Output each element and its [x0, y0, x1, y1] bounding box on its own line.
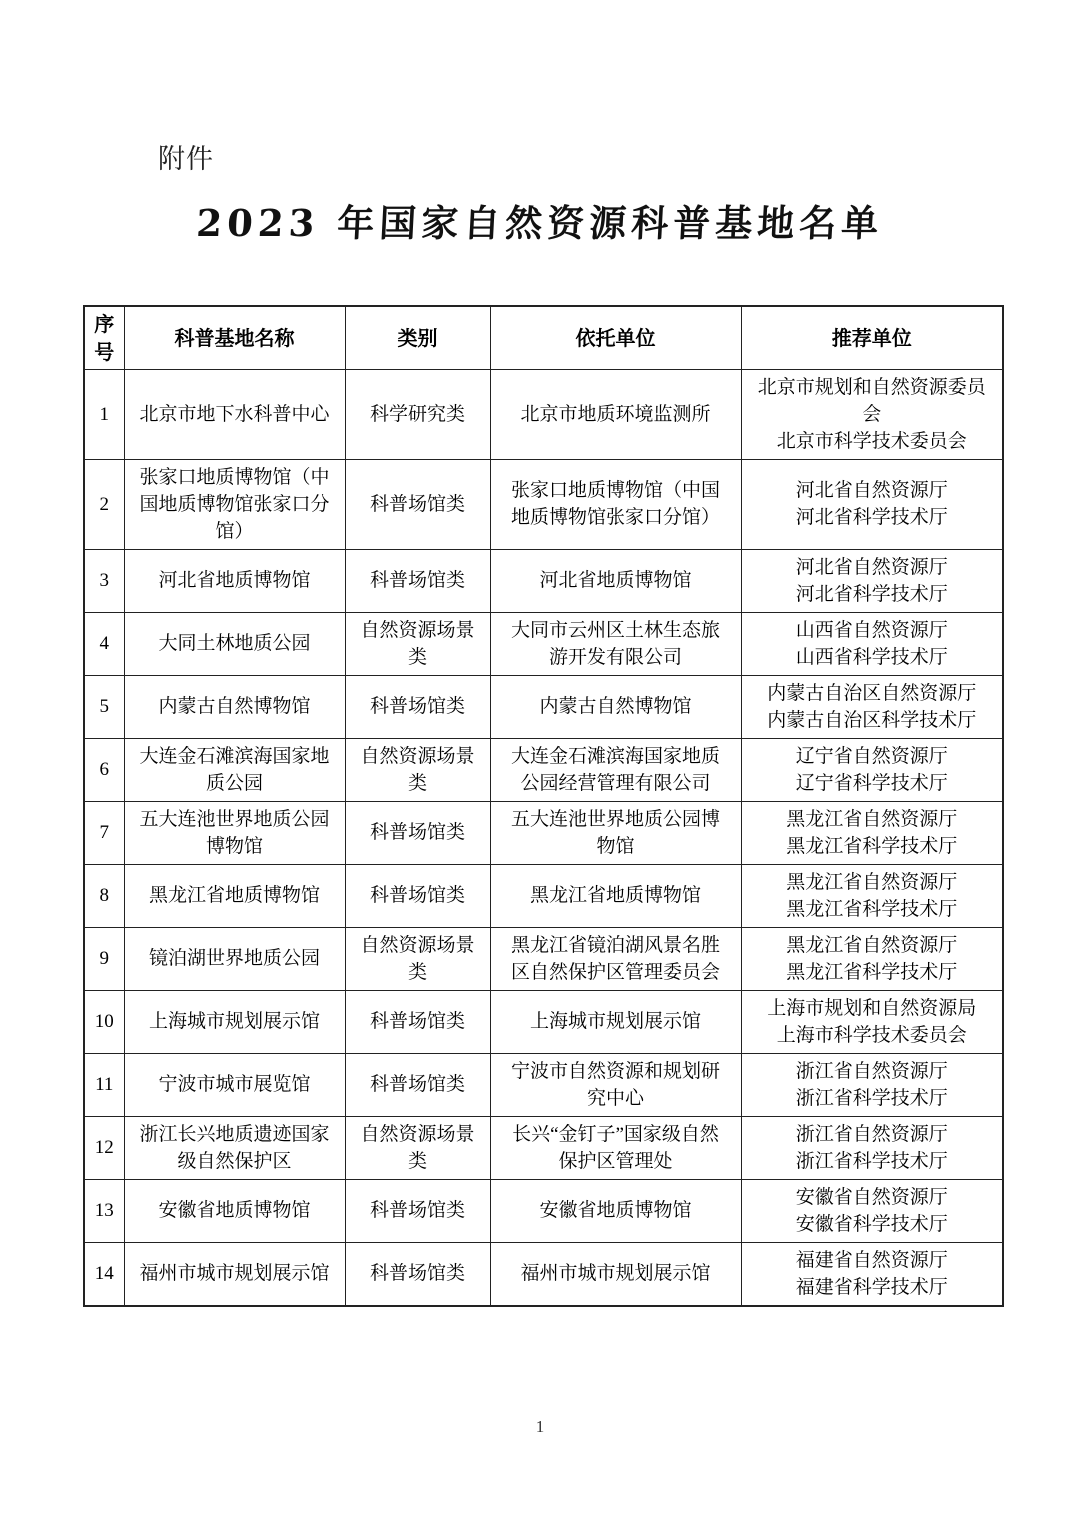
recommending-unit-line: 河北省自然资源厅 — [758, 554, 987, 581]
cell-serial-number: 7 — [84, 801, 124, 864]
cell-supporting-unit: 上海城市规划展示馆 — [490, 990, 741, 1053]
cell-serial-number: 2 — [84, 459, 124, 549]
cell-category: 科普场馆类 — [345, 1053, 490, 1116]
table-row: 12浙江长兴地质遗迹国家级自然保护区自然资源场景类长兴“金钉子”国家级自然保护区… — [84, 1116, 1003, 1179]
cell-serial-number: 4 — [84, 612, 124, 675]
cell-base-name: 张家口地质博物馆（中国地质博物馆张家口分馆） — [124, 459, 345, 549]
cell-base-name: 河北省地质博物馆 — [124, 549, 345, 612]
base-list-table: 序号 科普基地名称 类别 依托单位 推荐单位 1北京市地下水科普中心科学研究类北… — [83, 305, 1004, 1307]
table-row: 4大同土林地质公园自然资源场景类大同市云州区土林生态旅游开发有限公司山西省自然资… — [84, 612, 1003, 675]
header-supporting-unit: 依托单位 — [490, 306, 741, 369]
cell-category: 科普场馆类 — [345, 459, 490, 549]
recommending-unit-line: 浙江省自然资源厅 — [758, 1058, 987, 1085]
table-row: 10上海城市规划展示馆科普场馆类上海城市规划展示馆上海市规划和自然资源局上海市科… — [84, 990, 1003, 1053]
table-row: 2张家口地质博物馆（中国地质博物馆张家口分馆）科普场馆类张家口地质博物馆（中国地… — [84, 459, 1003, 549]
recommending-unit-line: 黑龙江省科学技术厅 — [758, 833, 987, 860]
cell-serial-number: 5 — [84, 675, 124, 738]
table-row: 6大连金石滩滨海国家地质公园自然资源场景类大连金石滩滨海国家地质公园经营管理有限… — [84, 738, 1003, 801]
cell-recommending-units: 福建省自然资源厅福建省科学技术厅 — [741, 1242, 1003, 1306]
cell-base-name: 内蒙古自然博物馆 — [124, 675, 345, 738]
cell-recommending-units: 北京市规划和自然资源委员会北京市科学技术委员会 — [741, 369, 1003, 459]
cell-serial-number: 8 — [84, 864, 124, 927]
cell-supporting-unit: 张家口地质博物馆（中国地质博物馆张家口分馆） — [490, 459, 741, 549]
attachment-label: 附件 — [158, 137, 214, 176]
cell-recommending-units: 黑龙江省自然资源厅黑龙江省科学技术厅 — [741, 801, 1003, 864]
cell-recommending-units: 内蒙古自治区自然资源厅内蒙古自治区科学技术厅 — [741, 675, 1003, 738]
cell-serial-number: 14 — [84, 1242, 124, 1306]
cell-serial-number: 13 — [84, 1179, 124, 1242]
cell-category: 自然资源场景类 — [345, 612, 490, 675]
cell-base-name: 北京市地下水科普中心 — [124, 369, 345, 459]
cell-supporting-unit: 安徽省地质博物馆 — [490, 1179, 741, 1242]
cell-base-name: 浙江长兴地质遗迹国家级自然保护区 — [124, 1116, 345, 1179]
cell-supporting-unit: 黑龙江省地质博物馆 — [490, 864, 741, 927]
cell-base-name: 安徽省地质博物馆 — [124, 1179, 345, 1242]
cell-base-name: 大连金石滩滨海国家地质公园 — [124, 738, 345, 801]
cell-base-name: 大同土林地质公园 — [124, 612, 345, 675]
header-category: 类别 — [345, 306, 490, 369]
recommending-unit-line: 辽宁省科学技术厅 — [758, 770, 987, 797]
cell-recommending-units: 浙江省自然资源厅浙江省科学技术厅 — [741, 1053, 1003, 1116]
recommending-unit-line: 河北省科学技术厅 — [758, 581, 987, 608]
table-row: 13安徽省地质博物馆科普场馆类安徽省地质博物馆安徽省自然资源厅安徽省科学技术厅 — [84, 1179, 1003, 1242]
cell-serial-number: 3 — [84, 549, 124, 612]
recommending-unit-line: 黑龙江省自然资源厅 — [758, 869, 987, 896]
cell-recommending-units: 上海市规划和自然资源局上海市科学技术委员会 — [741, 990, 1003, 1053]
recommending-unit-line: 北京市科学技术委员会 — [758, 428, 987, 455]
cell-base-name: 黑龙江省地质博物馆 — [124, 864, 345, 927]
table-row: 1北京市地下水科普中心科学研究类北京市地质环境监测所北京市规划和自然资源委员会北… — [84, 369, 1003, 459]
recommending-unit-line: 黑龙江省自然资源厅 — [758, 932, 987, 959]
cell-serial-number: 12 — [84, 1116, 124, 1179]
page-number: 1 — [0, 1417, 1080, 1437]
recommending-unit-line: 上海市科学技术委员会 — [758, 1022, 987, 1049]
table-row: 3河北省地质博物馆科普场馆类河北省地质博物馆河北省自然资源厅河北省科学技术厅 — [84, 549, 1003, 612]
table-header: 序号 科普基地名称 类别 依托单位 推荐单位 — [84, 306, 1003, 369]
cell-base-name: 镜泊湖世界地质公园 — [124, 927, 345, 990]
cell-category: 科普场馆类 — [345, 864, 490, 927]
table-row: 8黑龙江省地质博物馆科普场馆类黑龙江省地质博物馆黑龙江省自然资源厅黑龙江省科学技… — [84, 864, 1003, 927]
recommending-unit-line: 黑龙江省科学技术厅 — [758, 959, 987, 986]
header-base-name: 科普基地名称 — [124, 306, 345, 369]
cell-serial-number: 1 — [84, 369, 124, 459]
cell-recommending-units: 山西省自然资源厅山西省科学技术厅 — [741, 612, 1003, 675]
table-body: 1北京市地下水科普中心科学研究类北京市地质环境监测所北京市规划和自然资源委员会北… — [84, 369, 1003, 1306]
recommending-unit-line: 内蒙古自治区自然资源厅 — [758, 680, 987, 707]
recommending-unit-line: 黑龙江省自然资源厅 — [758, 806, 987, 833]
recommending-unit-line: 黑龙江省科学技术厅 — [758, 896, 987, 923]
table-row: 11宁波市城市展览馆科普场馆类宁波市自然资源和规划研究中心浙江省自然资源厅浙江省… — [84, 1053, 1003, 1116]
cell-category: 自然资源场景类 — [345, 738, 490, 801]
cell-supporting-unit: 北京市地质环境监测所 — [490, 369, 741, 459]
cell-supporting-unit: 大同市云州区土林生态旅游开发有限公司 — [490, 612, 741, 675]
cell-supporting-unit: 宁波市自然资源和规划研究中心 — [490, 1053, 741, 1116]
recommending-unit-line: 福建省科学技术厅 — [758, 1274, 987, 1301]
cell-category: 科普场馆类 — [345, 675, 490, 738]
cell-serial-number: 6 — [84, 738, 124, 801]
cell-category: 科普场馆类 — [345, 1242, 490, 1306]
table-header-row: 序号 科普基地名称 类别 依托单位 推荐单位 — [84, 306, 1003, 369]
recommending-unit-line: 河北省自然资源厅 — [758, 477, 987, 504]
recommending-unit-line: 辽宁省自然资源厅 — [758, 743, 987, 770]
recommending-unit-line: 山西省自然资源厅 — [758, 617, 987, 644]
recommending-unit-line: 浙江省科学技术厅 — [758, 1148, 987, 1175]
header-serial-number: 序号 — [84, 306, 124, 369]
cell-supporting-unit: 河北省地质博物馆 — [490, 549, 741, 612]
document-title: 2023 年国家自然资源科普基地名单 — [0, 193, 1080, 247]
cell-recommending-units: 安徽省自然资源厅安徽省科学技术厅 — [741, 1179, 1003, 1242]
cell-category: 自然资源场景类 — [345, 1116, 490, 1179]
table-row: 5内蒙古自然博物馆科普场馆类内蒙古自然博物馆内蒙古自治区自然资源厅内蒙古自治区科… — [84, 675, 1003, 738]
cell-category: 科普场馆类 — [345, 549, 490, 612]
recommending-unit-line: 河北省科学技术厅 — [758, 504, 987, 531]
recommending-unit-line: 浙江省自然资源厅 — [758, 1121, 987, 1148]
cell-base-name: 上海城市规划展示馆 — [124, 990, 345, 1053]
recommending-unit-line: 山西省科学技术厅 — [758, 644, 987, 671]
cell-recommending-units: 河北省自然资源厅河北省科学技术厅 — [741, 459, 1003, 549]
cell-category: 科普场馆类 — [345, 990, 490, 1053]
cell-supporting-unit: 长兴“金钉子”国家级自然保护区管理处 — [490, 1116, 741, 1179]
table-row: 7五大连池世界地质公园博物馆科普场馆类五大连池世界地质公园博物馆黑龙江省自然资源… — [84, 801, 1003, 864]
document-page: { "page": { "attachment_label": "附件", "t… — [0, 0, 1080, 1527]
cell-category: 科普场馆类 — [345, 1179, 490, 1242]
recommending-unit-line: 内蒙古自治区科学技术厅 — [758, 707, 987, 734]
cell-supporting-unit: 福州市城市规划展示馆 — [490, 1242, 741, 1306]
cell-recommending-units: 浙江省自然资源厅浙江省科学技术厅 — [741, 1116, 1003, 1179]
cell-category: 科学研究类 — [345, 369, 490, 459]
recommending-unit-line: 上海市规划和自然资源局 — [758, 995, 987, 1022]
cell-supporting-unit: 五大连池世界地质公园博物馆 — [490, 801, 741, 864]
cell-supporting-unit: 内蒙古自然博物馆 — [490, 675, 741, 738]
table-row: 14福州市城市规划展示馆科普场馆类福州市城市规划展示馆福建省自然资源厅福建省科学… — [84, 1242, 1003, 1306]
header-recommending-unit: 推荐单位 — [741, 306, 1003, 369]
cell-supporting-unit: 黑龙江省镜泊湖风景名胜区自然保护区管理委员会 — [490, 927, 741, 990]
cell-recommending-units: 河北省自然资源厅河北省科学技术厅 — [741, 549, 1003, 612]
cell-recommending-units: 黑龙江省自然资源厅黑龙江省科学技术厅 — [741, 927, 1003, 990]
recommending-unit-line: 福建省自然资源厅 — [758, 1247, 987, 1274]
cell-serial-number: 9 — [84, 927, 124, 990]
recommending-unit-line: 北京市规划和自然资源委员会 — [758, 374, 987, 428]
cell-recommending-units: 黑龙江省自然资源厅黑龙江省科学技术厅 — [741, 864, 1003, 927]
recommending-unit-line: 浙江省科学技术厅 — [758, 1085, 987, 1112]
cell-supporting-unit: 大连金石滩滨海国家地质公园经营管理有限公司 — [490, 738, 741, 801]
cell-base-name: 宁波市城市展览馆 — [124, 1053, 345, 1116]
table-row: 9镜泊湖世界地质公园自然资源场景类黑龙江省镜泊湖风景名胜区自然保护区管理委员会黑… — [84, 927, 1003, 990]
cell-category: 科普场馆类 — [345, 801, 490, 864]
cell-base-name: 福州市城市规划展示馆 — [124, 1242, 345, 1306]
cell-serial-number: 11 — [84, 1053, 124, 1116]
recommending-unit-line: 安徽省科学技术厅 — [758, 1211, 987, 1238]
recommending-unit-line: 安徽省自然资源厅 — [758, 1184, 987, 1211]
cell-recommending-units: 辽宁省自然资源厅辽宁省科学技术厅 — [741, 738, 1003, 801]
cell-category: 自然资源场景类 — [345, 927, 490, 990]
cell-base-name: 五大连池世界地质公园博物馆 — [124, 801, 345, 864]
cell-serial-number: 10 — [84, 990, 124, 1053]
